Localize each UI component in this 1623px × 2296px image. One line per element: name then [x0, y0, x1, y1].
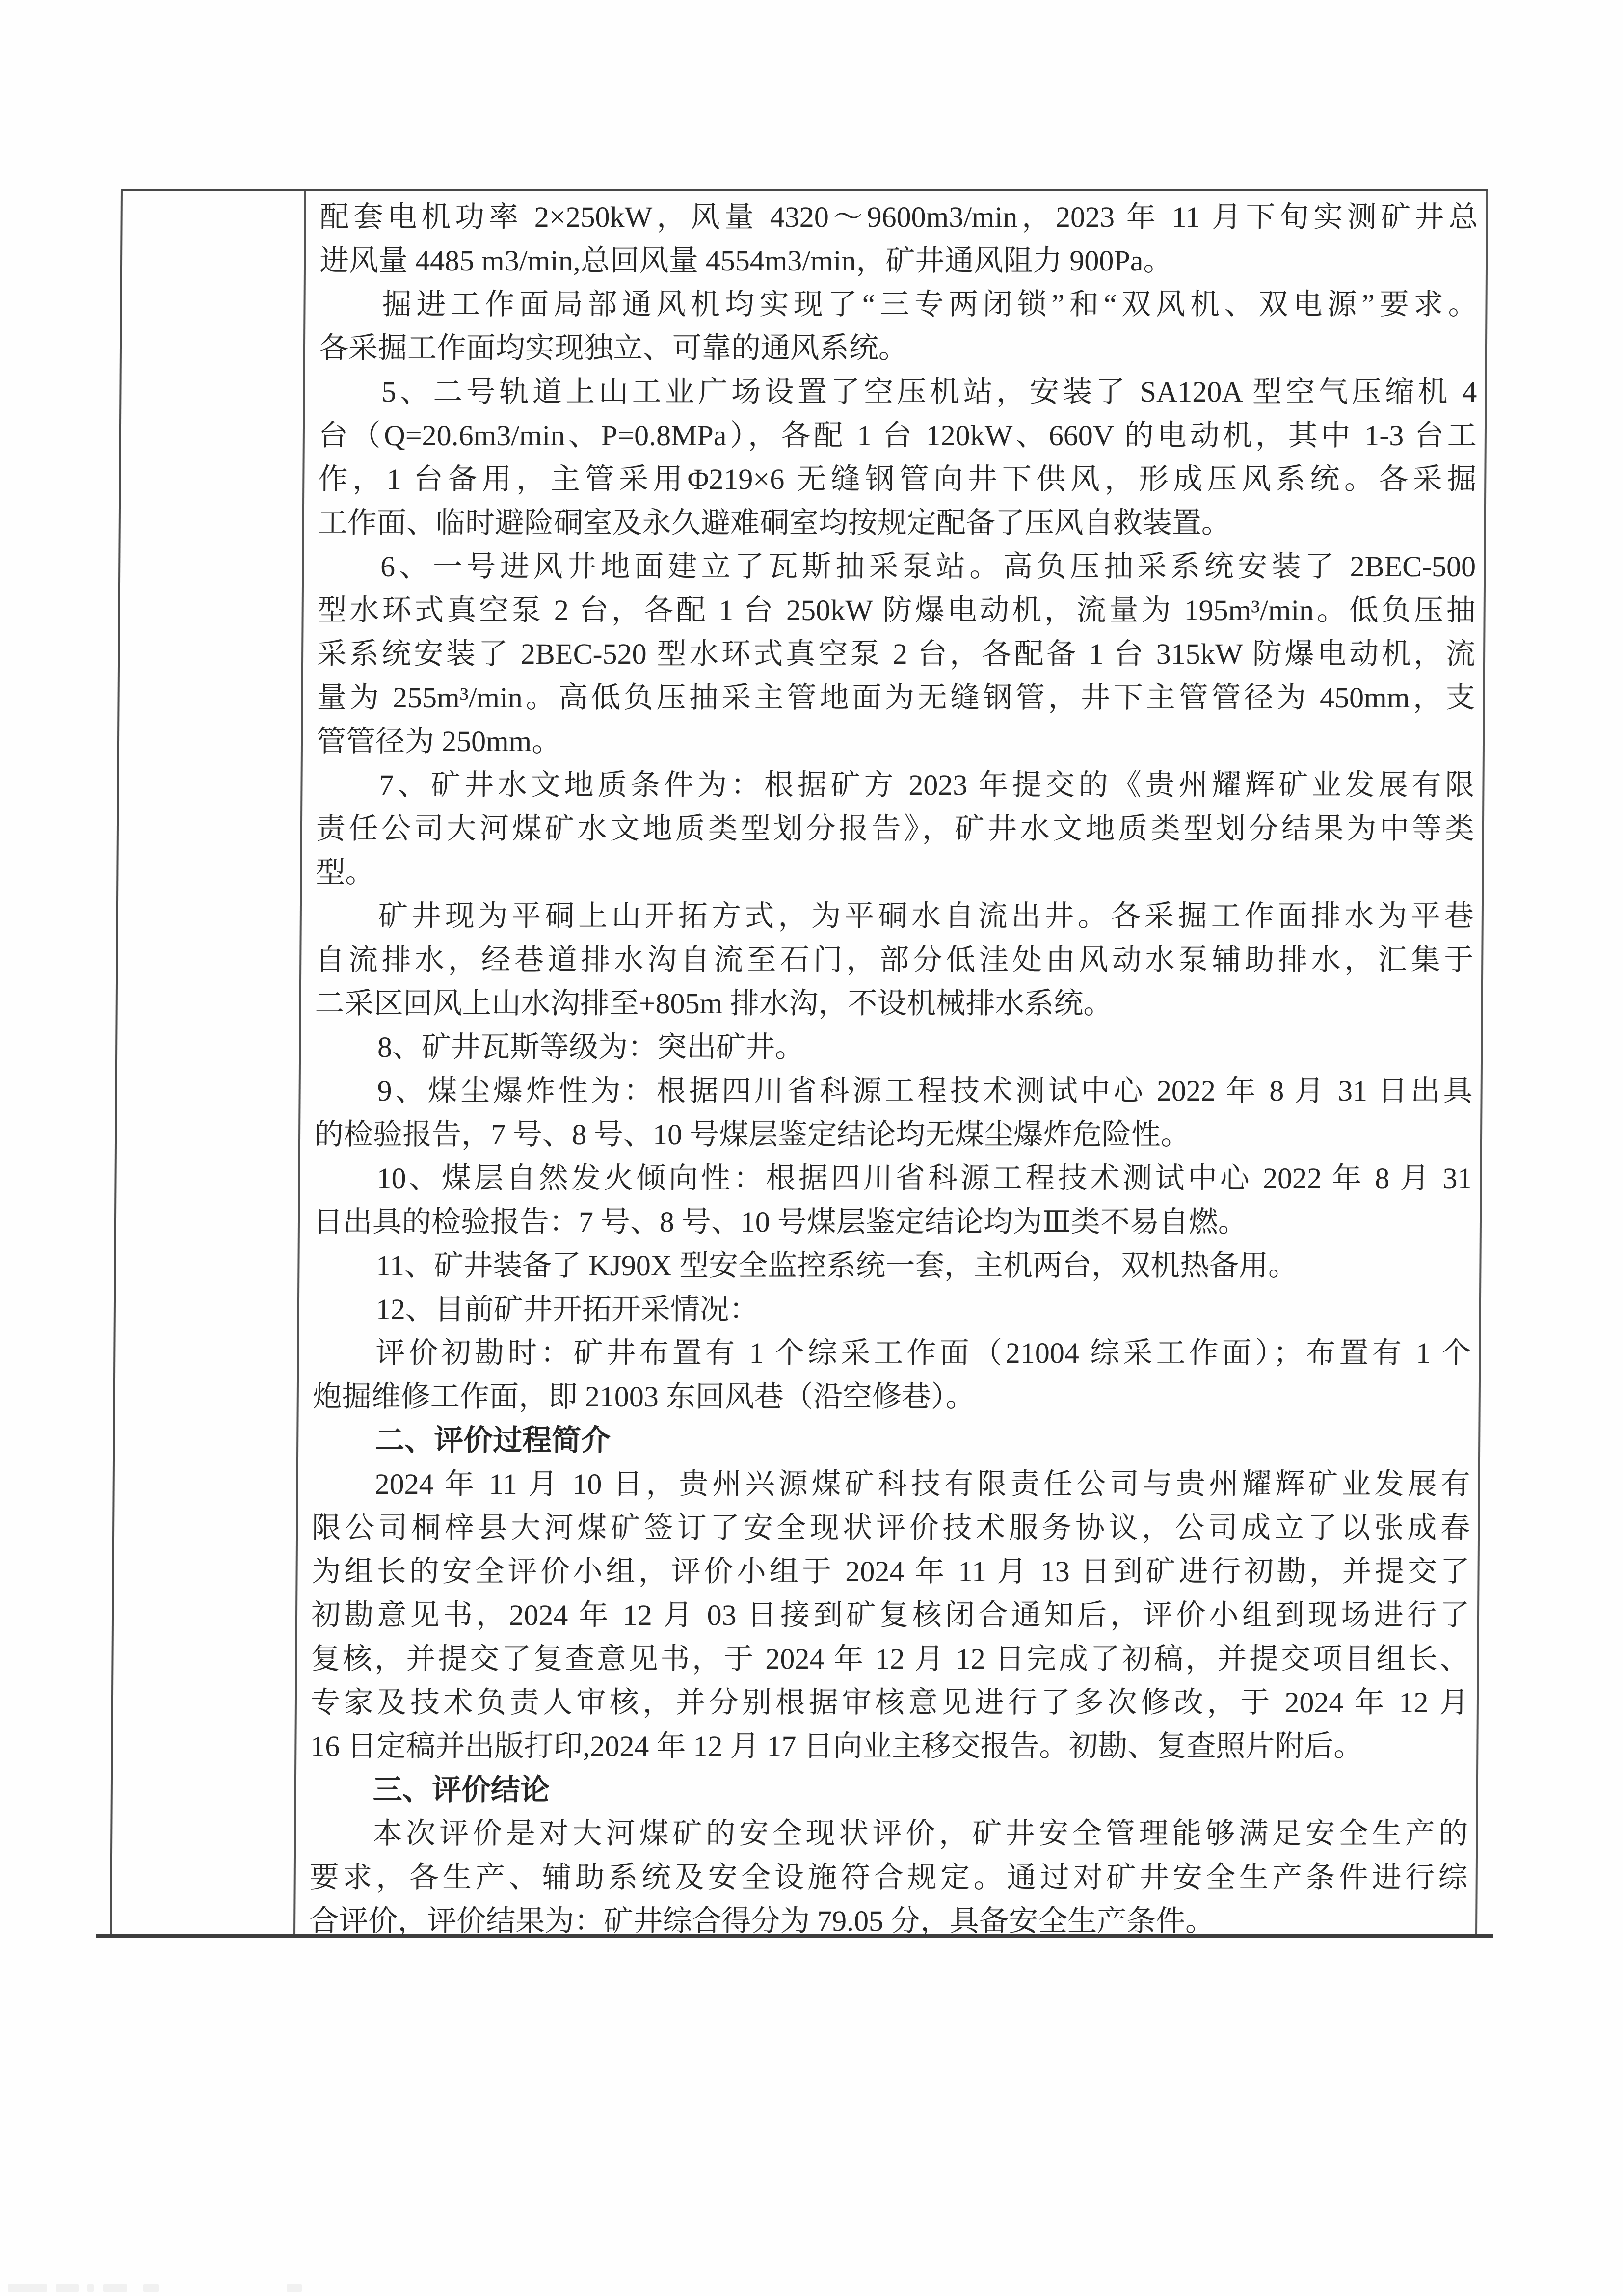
scan-smudge [143, 2284, 159, 2292]
text-line: 本次评价是对大河煤矿的安全现状评价，矿井安全管理能够满足安全生产的 [310, 1812, 1468, 1856]
text-line: 的检验报告，7 号、8 号、10 号煤层鉴定结论均无煤尘爆炸危险性。 [314, 1113, 1473, 1157]
text-line: 炮掘维修工作面，即 21003 东回风巷（沿空修巷）。 [313, 1375, 1471, 1419]
table-left-cell-empty [112, 191, 304, 1934]
text-line: 作，1 台备用，主管采用Φ219×6 无缝钢管向井下供风，形成压风系统。各采掘 [318, 458, 1477, 501]
text-line: 12、目前矿井开拓开采情况： [313, 1288, 1472, 1331]
scan-smudge [103, 2284, 127, 2292]
text-line: 要求，各生产、辅助系统及安全设施符合规定。通过对矿井安全生产条件进行综 [309, 1856, 1468, 1899]
text-line: 9、煤尘爆炸性为：根据四川省科源工程技术测试中心 2022 年 8 月 31 日… [314, 1069, 1473, 1113]
text-line: 11、矿井装备了 KJ90X 型安全监控系统一套，主机两台，双机热备用。 [313, 1244, 1472, 1288]
text-line: 型水环式真空泵 2 台，各配 1 台 250kW 防爆电动机，流量为 195m³… [317, 589, 1476, 632]
text-line: 责任公司大河煤矿水文地质类型划分报告》，矿井水文地质类型划分结果为中等类 [316, 807, 1475, 851]
text-line: 二、评价过程简介 [312, 1419, 1471, 1462]
table-content-cell: 配套电机功率 2×250kW，风量 4320～9600m3/min，2023 年… [309, 195, 1478, 1943]
text-line: 进风量 4485 m3/min,总回风量 4554m3/min，矿井通风阻力 9… [319, 239, 1478, 283]
text-line: 掘进工作面局部通风机均实现了“三专两闭锁”和“双风机、双电源”要求。 [319, 283, 1478, 326]
text-line: 初勘意见书，2024 年 12 月 03 日接到矿复核闭合通知后，评价小组到现场… [311, 1594, 1470, 1637]
text-line: 日出具的检验报告：7 号、8 号、10 号煤层鉴定结论均为Ⅲ类不易自燃。 [314, 1200, 1472, 1244]
scan-smudge [56, 2284, 79, 2292]
table-border-top [122, 189, 1488, 191]
text-line: 台（Q=20.6m3/min、P=0.8MPa），各配 1 台 120kW、66… [319, 414, 1477, 458]
text-line: 10、煤层自然发火倾向性：根据四川省科源工程技术测试中心 2022 年 8 月 … [314, 1157, 1472, 1200]
text-line: 16 日定稿并出版打印,2024 年 12 月 17 日向业主移交报告。初勘、复… [310, 1725, 1469, 1768]
text-line: 8、矿井瓦斯等级为：突出矿井。 [315, 1026, 1473, 1069]
text-line: 管管径为 250mm。 [317, 720, 1475, 763]
text-line: 复核，并提交了复查意见书，于 2024 年 12 月 12 日完成了初稿，并提交… [311, 1637, 1469, 1681]
scan-smudge [287, 2284, 302, 2292]
text-line: 5、二号轨道上山工业广场设置了空压机站，安装了 SA120A 型空气压缩机 4 [319, 370, 1477, 414]
text-line: 二采区回风上山水沟排至+805m 排水沟，不设机械排水系统。 [315, 982, 1473, 1026]
text-line: 采系统安装了 2BEC-520 型水环式真空泵 2 台，各配备 1 台 315k… [317, 632, 1476, 676]
text-line: 6、一号进风井地面建立了瓦斯抽采泵站。高负压抽采系统安装了 2BEC-500 [318, 545, 1476, 589]
text-line: 三、评价结论 [310, 1768, 1469, 1812]
text-line: 量为 255m³/min。高低负压抽采主管地面为无缝钢管，井下主管管径为 450… [317, 676, 1475, 720]
scan-smudge [8, 2284, 47, 2292]
text-line: 为组长的安全评价小组，评价小组于 2024 年 11 月 13 日到矿进行初勘，… [311, 1550, 1470, 1594]
text-line: 7、矿井水文地质条件为：根据矿方 2023 年提交的《贵州耀辉矿业发展有限 [316, 763, 1475, 807]
text-line: 自流排水，经巷道排水沟自流至石门，部分低洼处由风动水泵辅助排水，汇集于 [315, 938, 1474, 982]
text-line: 限公司桐梓县大河煤矿签订了安全现状评价技术服务协议，公司成立了以张成春 [312, 1506, 1470, 1550]
text-line: 工作面、临时避险硐室及永久避难硐室均按规定配备了压风自救装置。 [318, 501, 1477, 545]
table-border-bottom [96, 1934, 1493, 1938]
text-line: 评价初勘时：矿井布置有 1 个综采工作面（21004 综采工作面）；布置有 1 … [313, 1331, 1471, 1375]
text-line: 各采掘工作面均实现独立、可靠的通风系统。 [319, 326, 1478, 370]
text-line: 专家及技术负责人审核，并分别根据审核意见进行了多次修改，于 2024 年 12 … [311, 1681, 1469, 1725]
table-frame: 配套电机功率 2×250kW，风量 4320～9600m3/min，2023 年… [0, 0, 1623, 2296]
text-line: 配套电机功率 2×250kW，风量 4320～9600m3/min，2023 年… [319, 195, 1478, 239]
text-line: 型。 [316, 851, 1474, 894]
scan-smudge [87, 2284, 94, 2292]
scanned-document-page: 配套电机功率 2×250kW，风量 4320～9600m3/min，2023 年… [0, 0, 1623, 2296]
text-line: 矿井现为平硐上山开拓方式，为平硐水自流出井。各采掘工作面排水为平巷 [316, 894, 1474, 938]
table-border-right [1475, 189, 1488, 1937]
text-line: 2024 年 11 月 10 日，贵州兴源煤矿科技有限责任公司与贵州耀辉矿业发展… [312, 1462, 1470, 1506]
